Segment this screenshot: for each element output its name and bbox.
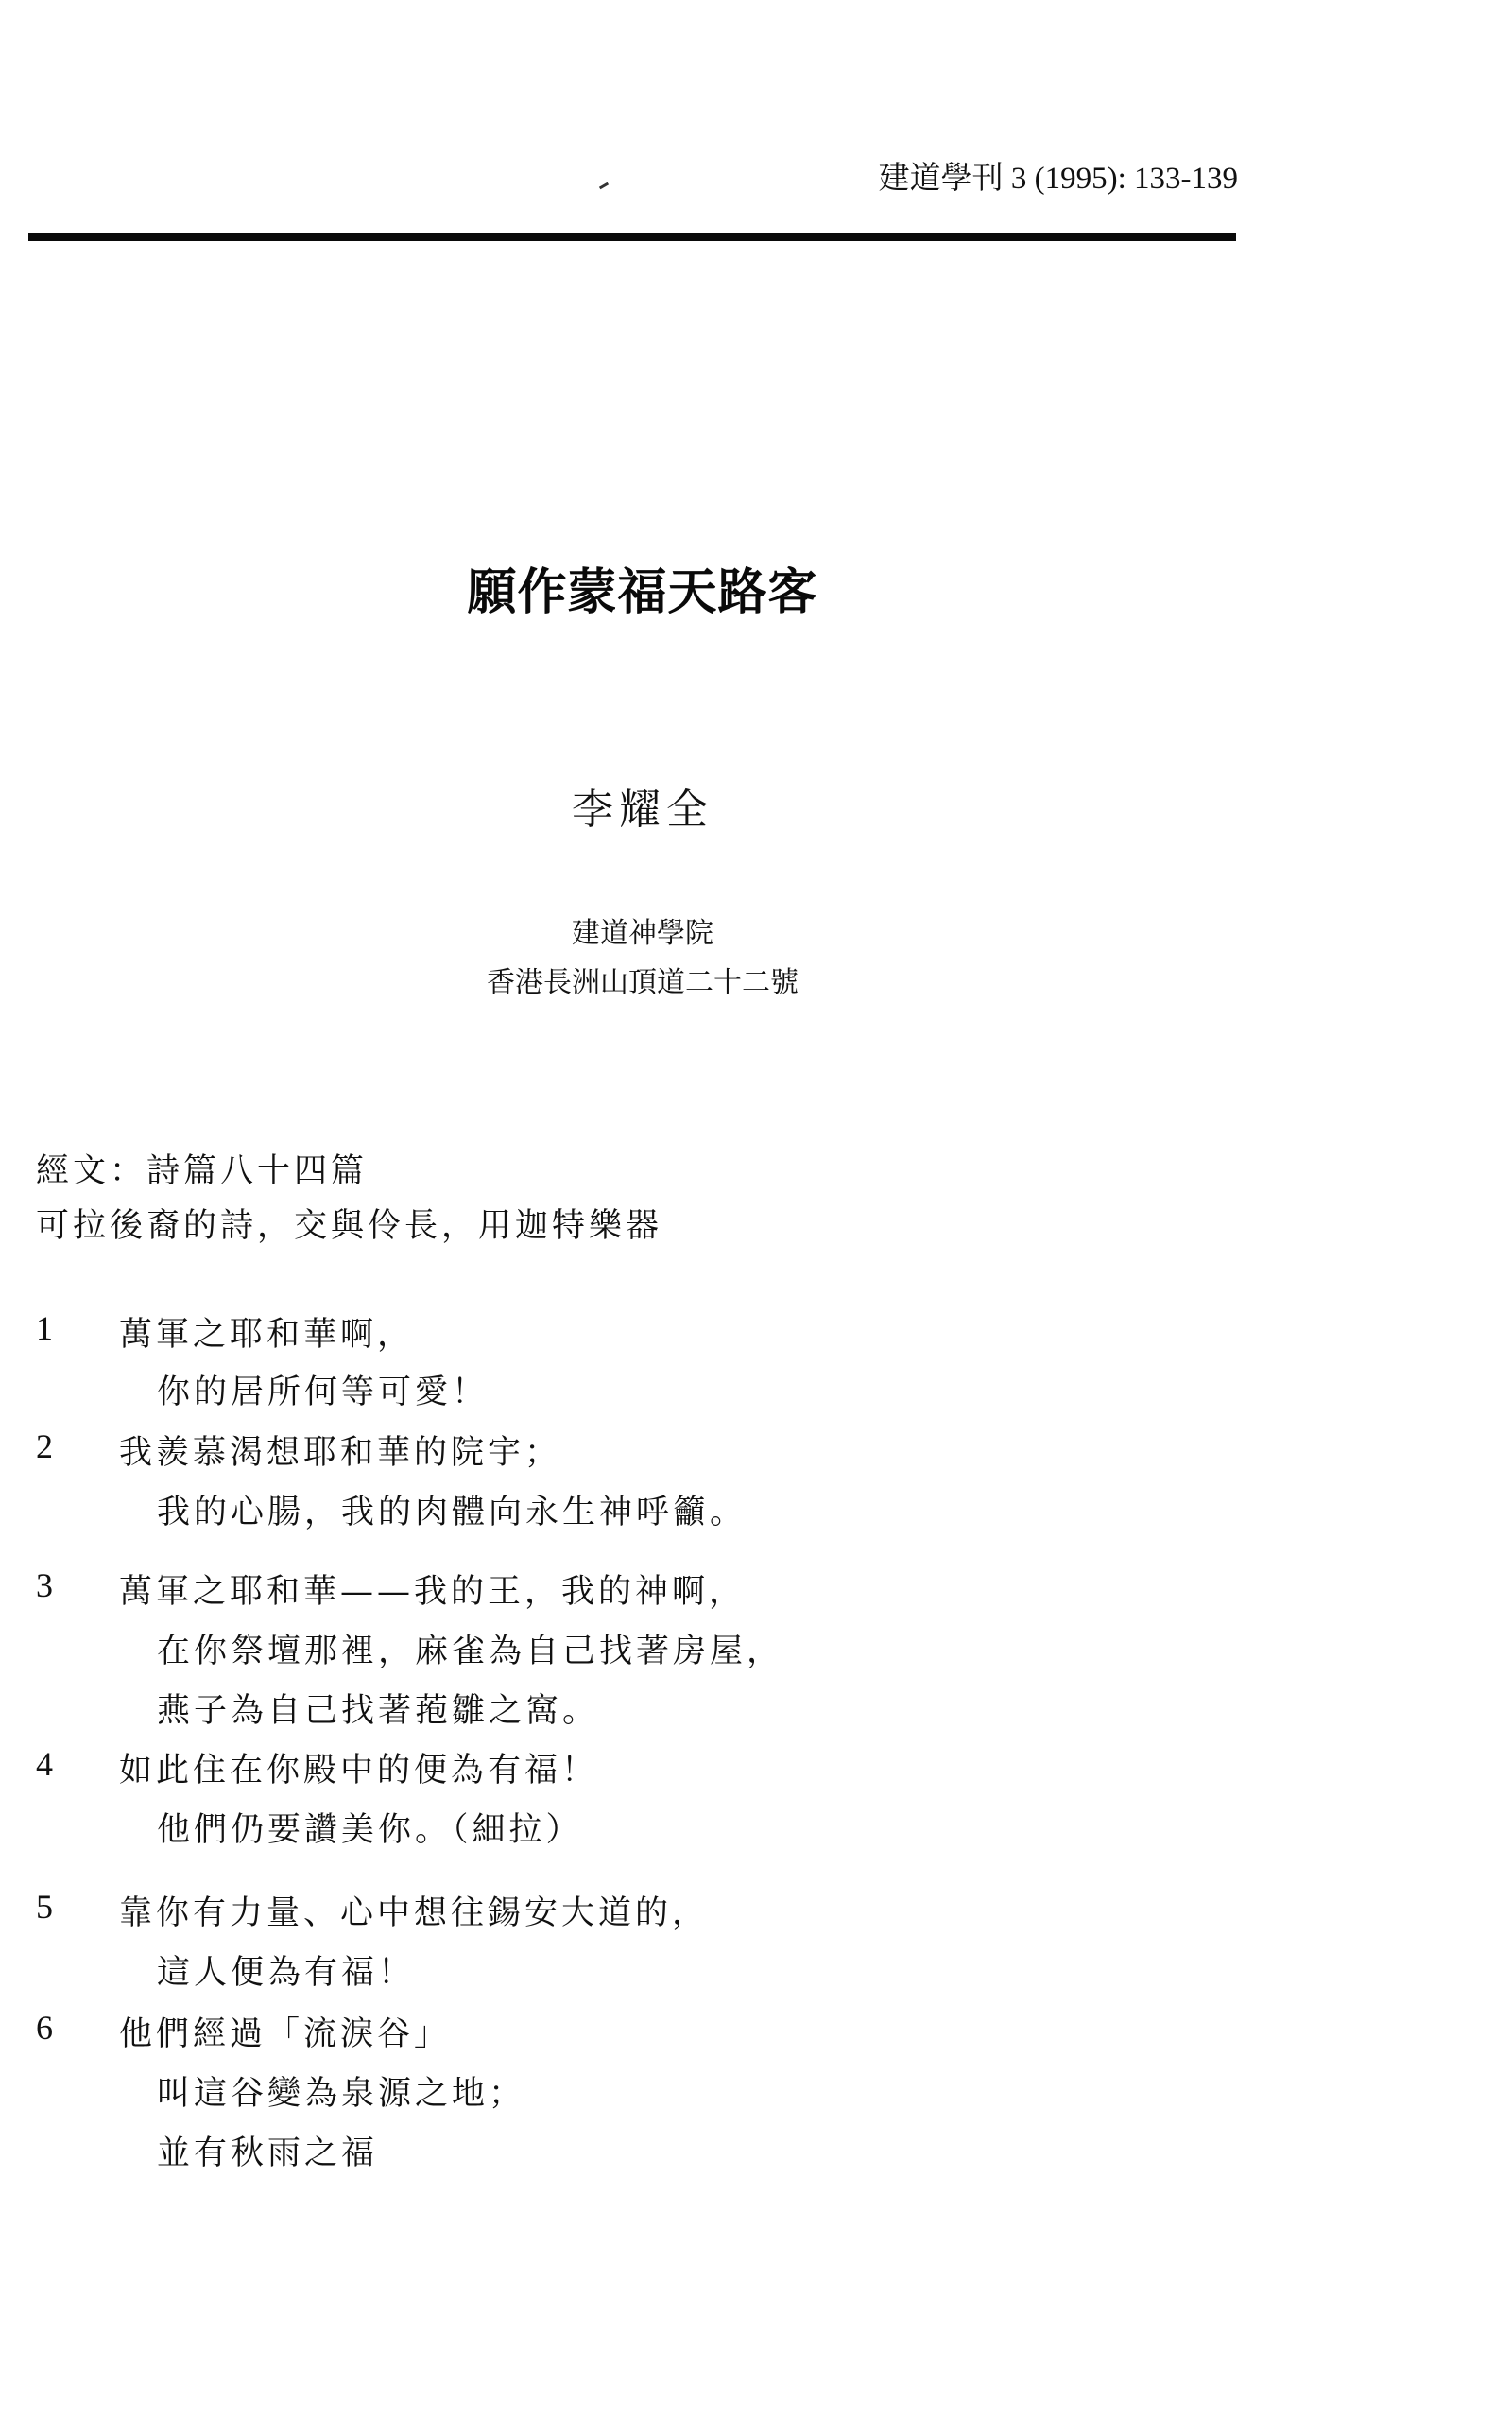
verse-number: 1 bbox=[36, 1308, 53, 1348]
affiliation-address: 香港長洲山頂道二十二號 bbox=[0, 959, 1285, 1000]
scan-mark bbox=[599, 182, 609, 190]
scripture-reference: 經文：詩篇八十四篇 bbox=[36, 1155, 662, 1210]
verse-line: 我的心腸，我的肉體向永生神呼籲。 bbox=[157, 1486, 747, 1533]
verse-line: 我羨慕渴想耶和華的院宇； bbox=[119, 1426, 561, 1474]
scripture-superscription: 可拉後裔的詩，交與伶長，用迦特樂器 bbox=[36, 1210, 662, 1265]
verse-number: 3 bbox=[36, 1565, 53, 1605]
header-rule bbox=[28, 233, 1236, 241]
verse-line: 在你祭壇那裡，麻雀為自己找著房屋， bbox=[157, 1625, 783, 1672]
verse-number: 4 bbox=[36, 1744, 53, 1784]
verse-number: 6 bbox=[36, 2008, 53, 2048]
journal-citation: 建道學刊 3 (1995): 133-139 bbox=[879, 153, 1238, 198]
scripture-block: 經文：詩篇八十四篇 可拉後裔的詩，交與伶長，用迦特樂器 bbox=[36, 1155, 662, 1265]
verse-line: 叫這谷變為泉源之地； bbox=[157, 2067, 525, 2115]
verse-line: 如此住在你殿中的便為有福！ bbox=[119, 1744, 598, 1791]
verse-line: 他們經過「流淚谷」 bbox=[119, 2008, 451, 2055]
verse-line: 萬軍之耶和華——我的王，我的神啊， bbox=[119, 1565, 746, 1613]
verse-line: 你的居所何等可愛！ bbox=[157, 1366, 489, 1413]
verse-number: 2 bbox=[36, 1426, 53, 1466]
verse-line: 他們仍要讚美你。（細拉） bbox=[157, 1804, 583, 1851]
verse-line: 萬軍之耶和華啊， bbox=[119, 1308, 414, 1356]
verse-line: 靠你有力量、心中想往錫安大道的， bbox=[119, 1887, 709, 1934]
verse-line: 這人便為有福！ bbox=[157, 1946, 415, 1994]
affiliation-institution: 建道神學院 bbox=[0, 909, 1285, 951]
author-name: 李耀全 bbox=[0, 775, 1285, 836]
article-title: 願作蒙福天路客 bbox=[0, 552, 1285, 623]
verse-line: 燕子為自己找著菢雛之窩。 bbox=[157, 1685, 599, 1732]
verse-number: 5 bbox=[36, 1887, 53, 1927]
verse-line: 並有秋雨之福 bbox=[157, 2127, 378, 2174]
